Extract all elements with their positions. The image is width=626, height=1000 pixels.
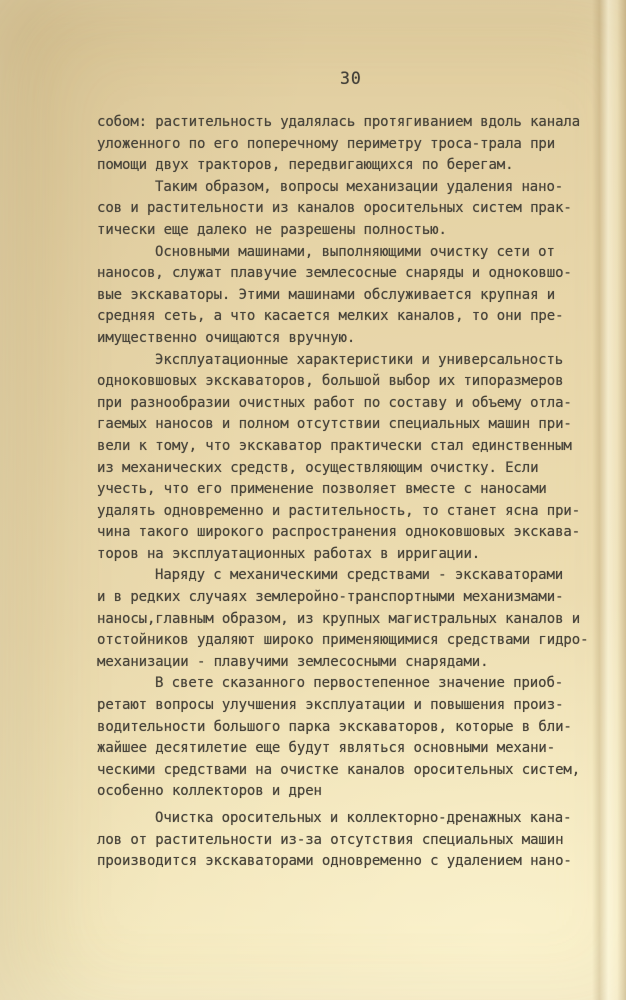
text-line: В свете сказанного первостепенное значен… <box>97 673 617 695</box>
text-line: особенно коллекторов и дрен <box>97 781 617 803</box>
text-line: водительности большого парка экскаваторо… <box>97 717 617 739</box>
paragraph: Основными машинами, выполняющими очистку… <box>97 242 617 350</box>
text-line: уложенного по его поперечному периметру … <box>97 134 617 156</box>
text-line: наносов, служат плавучие землесосные сна… <box>97 263 617 285</box>
text-line: производится экскаваторами одновременно … <box>97 851 617 873</box>
paragraph: В свете сказанного первостепенное значен… <box>97 673 617 803</box>
body-text: собом: растительность удалялась протягив… <box>97 112 617 873</box>
paragraph: Эксплуатационные характеристики и универ… <box>97 350 617 566</box>
text-line: при разнообразии очистных работ по соста… <box>97 393 617 415</box>
paragraph: Таким образом, вопросы механизации удале… <box>97 177 617 242</box>
text-line: тически еще далеко не разрешены полность… <box>97 220 617 242</box>
text-line: Эксплуатационные характеристики и универ… <box>97 350 617 372</box>
text-line: учесть, что его применение позволяет вме… <box>97 479 617 501</box>
text-line: гаемых наносов и полном отсутствии специ… <box>97 414 617 436</box>
text-line: собом: растительность удалялась протягив… <box>97 112 617 134</box>
text-line: ческими средствами на очистке каналов ор… <box>97 760 617 782</box>
paragraph: Наряду с механическими средствами - экск… <box>97 565 617 673</box>
page-number: 30 <box>340 69 362 88</box>
paragraph: собом: растительность удалялась протягив… <box>97 112 617 177</box>
text-line: лов от растительности из-за отсутствия с… <box>97 830 617 852</box>
text-line: Наряду с механическими средствами - экск… <box>97 565 617 587</box>
text-line: вые экскаваторы. Этими машинами обслужив… <box>97 285 617 307</box>
text-line: чина такого широкого распространения одн… <box>97 522 617 544</box>
text-line: средняя сеть, а что касается мелких кана… <box>97 306 617 328</box>
text-line: наносы,главным образом, из крупных магис… <box>97 609 617 631</box>
text-line: отстойников удаляют широко применяющимис… <box>97 630 617 652</box>
text-line: имущественно очищаются вручную. <box>97 328 617 350</box>
text-line: удалять одновременно и растительность, т… <box>97 501 617 523</box>
text-line: Очистка оросительных и коллекторно-дрена… <box>97 808 617 830</box>
text-line: одноковшовых экскаваторов, большой выбор… <box>97 371 617 393</box>
text-line: Основными машинами, выполняющими очистку… <box>97 242 617 264</box>
text-line: сов и растительности из каналов оросител… <box>97 198 617 220</box>
text-line: Таким образом, вопросы механизации удале… <box>97 177 617 199</box>
text-line: и в редких случаях землеройно-транспортн… <box>97 587 617 609</box>
text-line: механизации - плавучими землесосными сна… <box>97 652 617 674</box>
text-line: ретают вопросы улучшения эксплуатации и … <box>97 695 617 717</box>
text-line: помощи двух тракторов, передвигающихся п… <box>97 155 617 177</box>
text-line: вели к тому, что экскаватор практически … <box>97 436 617 458</box>
text-line: жайшее десятилетие еще будут являться ос… <box>97 738 617 760</box>
document-page: 30 собом: растительность удалялась протя… <box>0 0 626 1000</box>
text-line: из механических средств, осуществляющим … <box>97 458 617 480</box>
paragraph: Очистка оросительных и коллекторно-дрена… <box>97 808 617 873</box>
text-line: торов на эксплуатационных работах в ирри… <box>97 544 617 566</box>
